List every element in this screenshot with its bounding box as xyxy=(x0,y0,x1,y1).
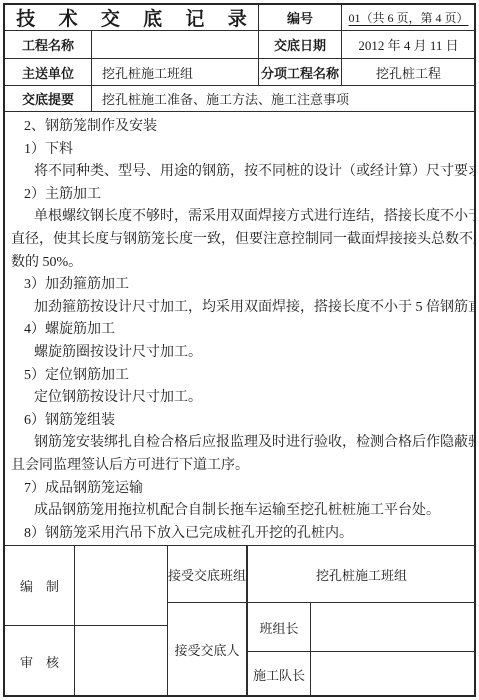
body-line: 螺旋筋圈按设计尺寸加工。 xyxy=(11,342,469,365)
body-line: 2）主筋加工 xyxy=(11,184,469,207)
receiving-team-value: 挖孔桩施工班组 xyxy=(248,546,475,603)
scanned-document-page: { "header": { "title": "技 术 交 底 记 录", "n… xyxy=(0,0,479,700)
body-line: 定位钢筋按设计尺寸加工。 xyxy=(11,387,469,410)
subproject-value: 挖孔桩工程 xyxy=(342,59,475,86)
body-line: 钢筋笼安装绑扎自检合格后应报监理及时进行验收，检测合格后作隐蔽验收记录并 xyxy=(11,432,469,455)
body-line: 3）加劲箍筋加工 xyxy=(11,274,469,297)
body-line: 单根螺纹钢长度不够时，需采用双面焊接方式进行连结，搭接长度不小于 5 倍钢筋 xyxy=(11,206,469,229)
body-line: 直径，使其长度与钢筋笼长度一致，但要注意控制同一截面焊接接头总数不超过主筋总 xyxy=(11,229,469,252)
main-unit-value: 挖孔桩施工班组 xyxy=(92,59,259,86)
project-name-label: 工程名称 xyxy=(5,31,92,59)
receiving-team-label: 接受交底班组 xyxy=(168,546,248,603)
body-line: 加劲箍筋按设计尺寸加工，均采用双面焊接，搭接长度不小于 5 倍钢筋直径。 xyxy=(11,297,469,320)
main-unit-label: 主送单位 xyxy=(5,59,92,86)
body-text: 2、钢筋笼制作及安装1）下料将不同种类、型号、用途的钢筋，按不同桩的设计（或经计… xyxy=(5,112,475,546)
document-table: 技 术 交 底 记 录 编号 01（共 6 页，第 4 页） 工程名称 交底日期… xyxy=(3,3,476,697)
receiver-label: 接受交底人 xyxy=(168,603,248,696)
body-line: 将不同种类、型号、用途的钢筋，按不同桩的设计（或经计算）尺寸要求截开。 xyxy=(11,161,469,184)
body-line: 4）螺旋筋加工 xyxy=(11,319,469,342)
prepared-label: 编 制 xyxy=(5,546,75,626)
body-line: 2、钢筋笼制作及安装 xyxy=(11,116,469,139)
subproject-label: 分项工程名称 xyxy=(259,59,342,86)
summary-label: 交底提要 xyxy=(5,86,92,112)
team-leader-signature-area xyxy=(311,603,475,652)
body-line: 8）钢筋笼采用汽吊下放入已完成桩孔开挖的孔桩内。 xyxy=(11,523,469,546)
number-value: 01（共 6 页，第 4 页） xyxy=(342,5,475,31)
date-label: 交底日期 xyxy=(259,31,342,59)
captain-signature-area xyxy=(311,652,475,696)
number-label: 编号 xyxy=(259,5,342,31)
captain-label: 施工队长 xyxy=(248,652,311,696)
reviewed-label: 审 核 xyxy=(5,626,75,696)
body-line: 成品钢筋笼用拖拉机配合自制长拖车运输至挖孔桩桩施工平台处。 xyxy=(11,500,469,523)
summary-value: 挖孔桩施工准备、施工方法、施工注意事项 xyxy=(92,86,475,112)
team-leader-label: 班组长 xyxy=(248,603,311,652)
body-line: 1）下料 xyxy=(11,139,469,162)
reviewed-signature-area xyxy=(75,626,168,696)
body-line: 6）钢筋笼组装 xyxy=(11,410,469,433)
body-line: 且会同监理签认后方可进行下道工序。 xyxy=(11,455,469,478)
body-line: 7）成品钢筋笼运输 xyxy=(11,478,469,501)
date-value: 2012 年 4 月 11 日 xyxy=(342,31,475,59)
body-line: 5）定位钢筋加工 xyxy=(11,365,469,388)
body-line: 数的 50%。 xyxy=(11,252,469,275)
project-name-value xyxy=(92,31,259,59)
prepared-signature-area xyxy=(75,546,168,626)
page-title: 技 术 交 底 记 录 xyxy=(5,5,259,31)
